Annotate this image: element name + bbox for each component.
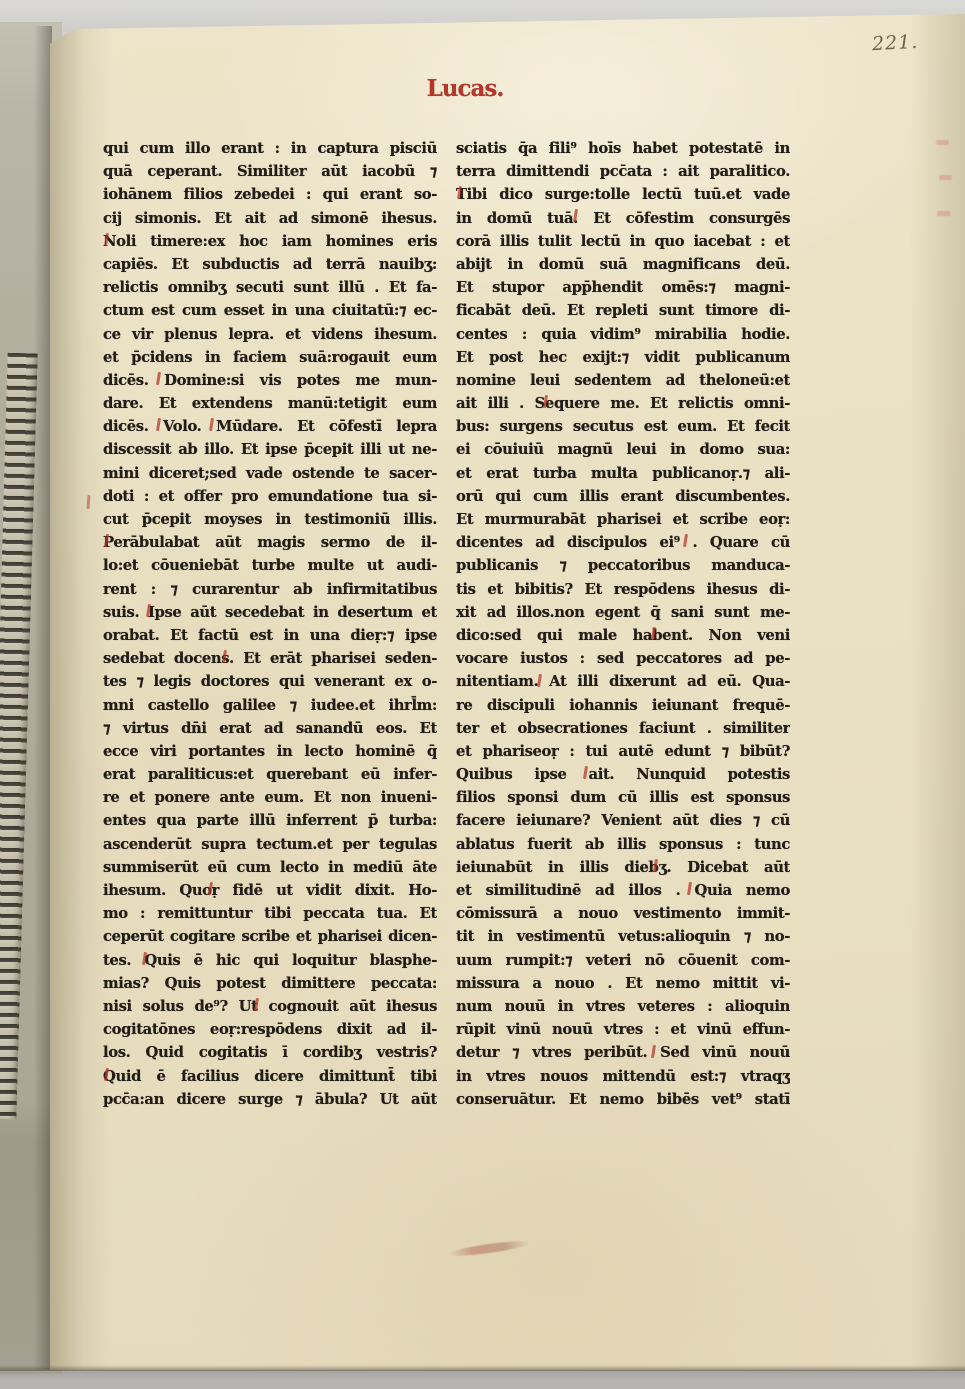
text-line: re discipuli iohannis ieiunant frequē-	[456, 694, 790, 717]
text-line: rūpit vinū nouū vtres : et vinū effun-	[456, 1018, 790, 1041]
text-line: in vtres nouos mittendū est:⁊ vtraqʒ	[456, 1065, 790, 1088]
text-line: entes qua parte illū inferrent p̄ turba:	[103, 809, 437, 832]
text-line: Tibi dico surge:tolle lectū tuū.et vade	[456, 183, 790, 206]
text-line: summiserūt eū cum lecto in mediū āte	[103, 856, 437, 879]
text-line: ieiunabūt in illis diebʒ. Dicebat aūt	[456, 856, 790, 879]
red-ink-smudge	[448, 1238, 530, 1258]
text-line: ei cōuiuiū magnū leui in domo sua:	[456, 438, 790, 461]
text-line: Quibus ipse ait. Nunquid potestis	[456, 763, 790, 786]
text-line: publicanis ⁊ peccatoribus manduca-	[456, 554, 790, 577]
text-line: vocare iustos : sed peccatores ad pe-	[456, 647, 790, 670]
text-line: relictis omnibʒ secuti sunt illū . Et fa…	[103, 276, 437, 299]
text-line: ascenderūt supra tectum.et per tegulas	[103, 833, 437, 856]
text-line: bus: surgens secutus est eum. Et fecit	[456, 415, 790, 438]
text-line: ecce viri portantes in lecto hominē q̄	[103, 740, 437, 763]
text-line: nisi solus de⁹? Ut cognouit aūt ihesus	[103, 995, 437, 1018]
text-line: ctum est cum esset in una ciuitatū:⁊ ec-	[103, 299, 437, 322]
manuscript-page: 221. Lucas. qui cum illo erant : in capt…	[50, 12, 965, 1370]
text-line: uum rumpit:⁊ veteri nō cōuenit com-	[456, 949, 790, 972]
text-line: dicēs. Domine:si vis potes me mun-	[103, 369, 437, 392]
text-line: ablatus fuerit ab illis sponsus : tunc	[456, 833, 790, 856]
text-line: rent : ⁊ curarentur ab infirmitatibus	[103, 578, 437, 601]
margin-red-tick	[87, 495, 91, 509]
text-line: sciatis q̄a fili⁹ hoīs habet potestatē i…	[456, 137, 790, 160]
text-line: facere ieiunare? Venient aūt dies ⁊ cū	[456, 809, 790, 832]
text-line: Et post hec exijt:⁊ vidit publicanum	[456, 346, 790, 369]
text-line: Noli timere:ex hoc iam homines eris	[103, 230, 437, 253]
text-line: mo : remittuntur tibi peccata tua. Et	[103, 902, 437, 925]
text-column-left: qui cum illo erant : in captura pisciūqu…	[103, 137, 437, 1111]
text-line: lo:et cōueniebāt turbe multe ut audi-	[103, 554, 437, 577]
text-line: filios sponsi dum cū illis est sponsus	[456, 786, 790, 809]
text-line: dicēs. Volo. Mūdare. Et cōfestī lepra	[103, 415, 437, 438]
text-line: re et ponere ante eum. Et non inueni-	[103, 786, 437, 809]
text-line: xit ad illos.non egent q̄ sani sunt me-	[456, 601, 790, 624]
text-line: ihesum. Quoṛ fidē ut vidit dixit. Ho-	[103, 879, 437, 902]
text-line: in domū tuā. Et cōfestim consurgēs	[456, 207, 790, 230]
text-line: dare. Et extendens manū:tetigit eum	[103, 392, 437, 415]
text-line: tes ⁊ legis doctores qui venerant ex o-	[103, 670, 437, 693]
text-line: iohānem filios zebedei : qui erant so-	[103, 183, 437, 206]
manuscript-photo: 221. Lucas. qui cum illo erant : in capt…	[0, 0, 965, 1389]
text-line: quā ceperant. Similiter aūt iacobū ⁊	[103, 160, 437, 183]
page-bottom-edge	[0, 1365, 965, 1371]
text-line: et similitudinē ad illos . Quia nemo	[456, 879, 790, 902]
text-line: ficabāt deū. Et repleti sunt timore di-	[456, 299, 790, 322]
text-line: detur ⁊ vtres peribūt. Sed vinū nouū	[456, 1041, 790, 1064]
text-line: abijt in domū suā magnificans deū.	[456, 253, 790, 276]
text-line: et erat turba multa publicanoṛ.⁊ ali-	[456, 462, 790, 485]
text-line: et phariseoṛ : tui autē edunt ⁊ bibūt?	[456, 740, 790, 763]
text-line: ⁊ virtus dn̄i erat ad sanandū eos. Et	[103, 717, 437, 740]
text-line: dico:sed qui male habent. Non veni	[456, 624, 790, 647]
text-line: pcc̄a:an dicere surge ⁊ ābula? Ut aūt	[103, 1088, 437, 1111]
text-line: terra dimittendi pcc̄ata : ait paralitic…	[456, 160, 790, 183]
ink-bleed-mark	[939, 175, 952, 180]
text-line: sedebat docens. Et erāt pharisei seden-	[103, 647, 437, 670]
text-line: cut p̄cepit moyses in testimoniū illis.	[103, 508, 437, 531]
text-line: num nouū in vtres veteres : alioquin	[456, 995, 790, 1018]
text-line: Et murmurabāt pharisei et scribe eoṛ:	[456, 508, 790, 531]
text-line: centes : quia vidim⁹ mirabilia hodie.	[456, 323, 790, 346]
facing-page-text-edge	[0, 353, 38, 1120]
text-line: qui cum illo erant : in captura pisciū	[103, 137, 437, 160]
text-line: tes. Quis ē hic qui loquitur blasphe-	[103, 949, 437, 972]
ink-bleed-mark	[937, 211, 950, 216]
text-line: los. Quid cogitatis ī cordibʒ vestris?	[103, 1041, 437, 1064]
text-line: cōmissurā a nouo vestimento immit-	[456, 902, 790, 925]
text-line: cij simonis. Et ait ad simonē ihesus.	[103, 207, 437, 230]
text-line: Quid ē facilius dicere dimittunt̄ tibi	[103, 1065, 437, 1088]
text-line: corā illis tulit lectū in quo iacebat : …	[456, 230, 790, 253]
text-line: nomine leui sedentem ad theloneū:et	[456, 369, 790, 392]
text-line: mias? Quis potest dimittere peccata:	[103, 972, 437, 995]
text-line: missura a nouo . Et nemo mittit vi-	[456, 972, 790, 995]
text-line: mni castello galilee ⁊ iudee.et ihrl̄m:	[103, 694, 437, 717]
text-line: orū qui cum illis erant discumbentes.	[456, 485, 790, 508]
text-line: suis. Ipse aūt secedebat in desertum et	[103, 601, 437, 624]
text-line: conseruātur. Et nemo bibēs vet⁹ statī	[456, 1088, 790, 1111]
text-line: cogitatōnes eoṛ:respōdens dixit ad il-	[103, 1018, 437, 1041]
running-title: Lucas.	[50, 75, 880, 102]
gutter-shadow	[34, 26, 52, 1370]
text-line: discessit ab illo. Et ipse p̄cepit illi …	[103, 438, 437, 461]
text-line: dicentes ad discipulos ei⁹ . Quare cū	[456, 531, 790, 554]
text-column-right: sciatis q̄a fili⁹ hoīs habet potestatē i…	[456, 137, 790, 1111]
text-line: et p̄cidens in faciem suā:rogauit eum	[103, 346, 437, 369]
text-line: ceperūt cogitare scribe et pharisei dice…	[103, 925, 437, 948]
text-line: nitentiam. At illi dixerunt ad eū. Qua-	[456, 670, 790, 693]
folio-number: 221.	[871, 31, 918, 55]
text-line: ce vir plenus lepra. et videns ihesum.	[103, 323, 437, 346]
text-line: tis et bibitis? Et respōdens ihesus di-	[456, 578, 790, 601]
ink-bleed-mark	[936, 140, 949, 145]
text-line: tit in vestimentū vetus:alioquin ⁊ no-	[456, 925, 790, 948]
text-line: doti : et offer pro emundatione tua si-	[103, 485, 437, 508]
text-line: orabat. Et factū est in una dieṛ:⁊ ipse	[103, 624, 437, 647]
text-line: Et stupor app̄hendit omēs:⁊ magni-	[456, 276, 790, 299]
text-line: mini diceret;sed vade ostende te sacer-	[103, 462, 437, 485]
text-line: Perābulabat aūt magis sermo de il-	[103, 531, 437, 554]
text-line: ait illi . Sequere me. Et relictis omni-	[456, 392, 790, 415]
text-line: erat paraliticus:et querebant eū infer-	[103, 763, 437, 786]
text-line: capiēs. Et subductis ad terrā nauibʒ:	[103, 253, 437, 276]
text-line: ter et obsecrationes faciunt . similiter	[456, 717, 790, 740]
